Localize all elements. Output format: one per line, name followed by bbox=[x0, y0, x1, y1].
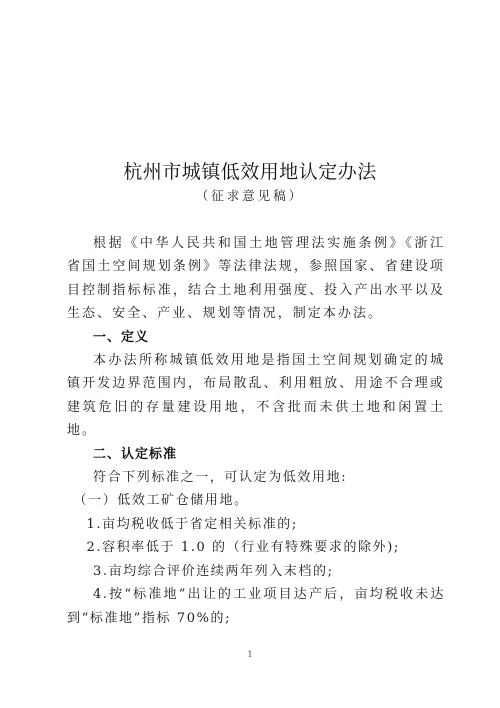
criteria-item-2: 2.容积率低于 1.0 的（行业有特殊要求的除外); bbox=[67, 536, 445, 559]
subsection-heading-industrial: （一）低效工矿仓储用地。 bbox=[67, 489, 445, 512]
criteria-item-4: 4.按“标准地”出让的工业项目达产后，亩均税收未达到“标准地”指标 70%的; bbox=[67, 583, 445, 630]
document-title: 杭州市城镇低效用地认定办法 bbox=[0, 157, 500, 184]
preamble-paragraph: 根据《中华人民共和国土地管理法实施条例》《浙江省国土空间规划条例》等法律法规，参… bbox=[67, 232, 445, 326]
page-number: 1 bbox=[0, 650, 500, 659]
section-heading-criteria: 二、认定标准 bbox=[67, 443, 445, 466]
criteria-item-3: 3.亩均综合评价连续两年列入末档的; bbox=[67, 560, 445, 583]
criteria-intro: 符合下列标准之一，可认定为低效用地: bbox=[67, 466, 445, 489]
section-heading-definition: 一、定义 bbox=[67, 326, 445, 349]
document-page: 杭州市城镇低效用地认定办法 （征求意见稿） 根据《中华人民共和国土地管理法实施条… bbox=[0, 0, 500, 708]
document-body: 根据《中华人民共和国土地管理法实施条例》《浙江省国土空间规划条例》等法律法规，参… bbox=[67, 232, 445, 630]
document-subtitle: （征求意见稿） bbox=[0, 186, 500, 204]
definition-paragraph: 本办法所称城镇低效用地是指国土空间规划确定的城镇开发边界范围内，布局散乱、利用粗… bbox=[67, 349, 445, 443]
criteria-item-1: 1.亩均税收低于省定相关标准的; bbox=[67, 513, 445, 536]
